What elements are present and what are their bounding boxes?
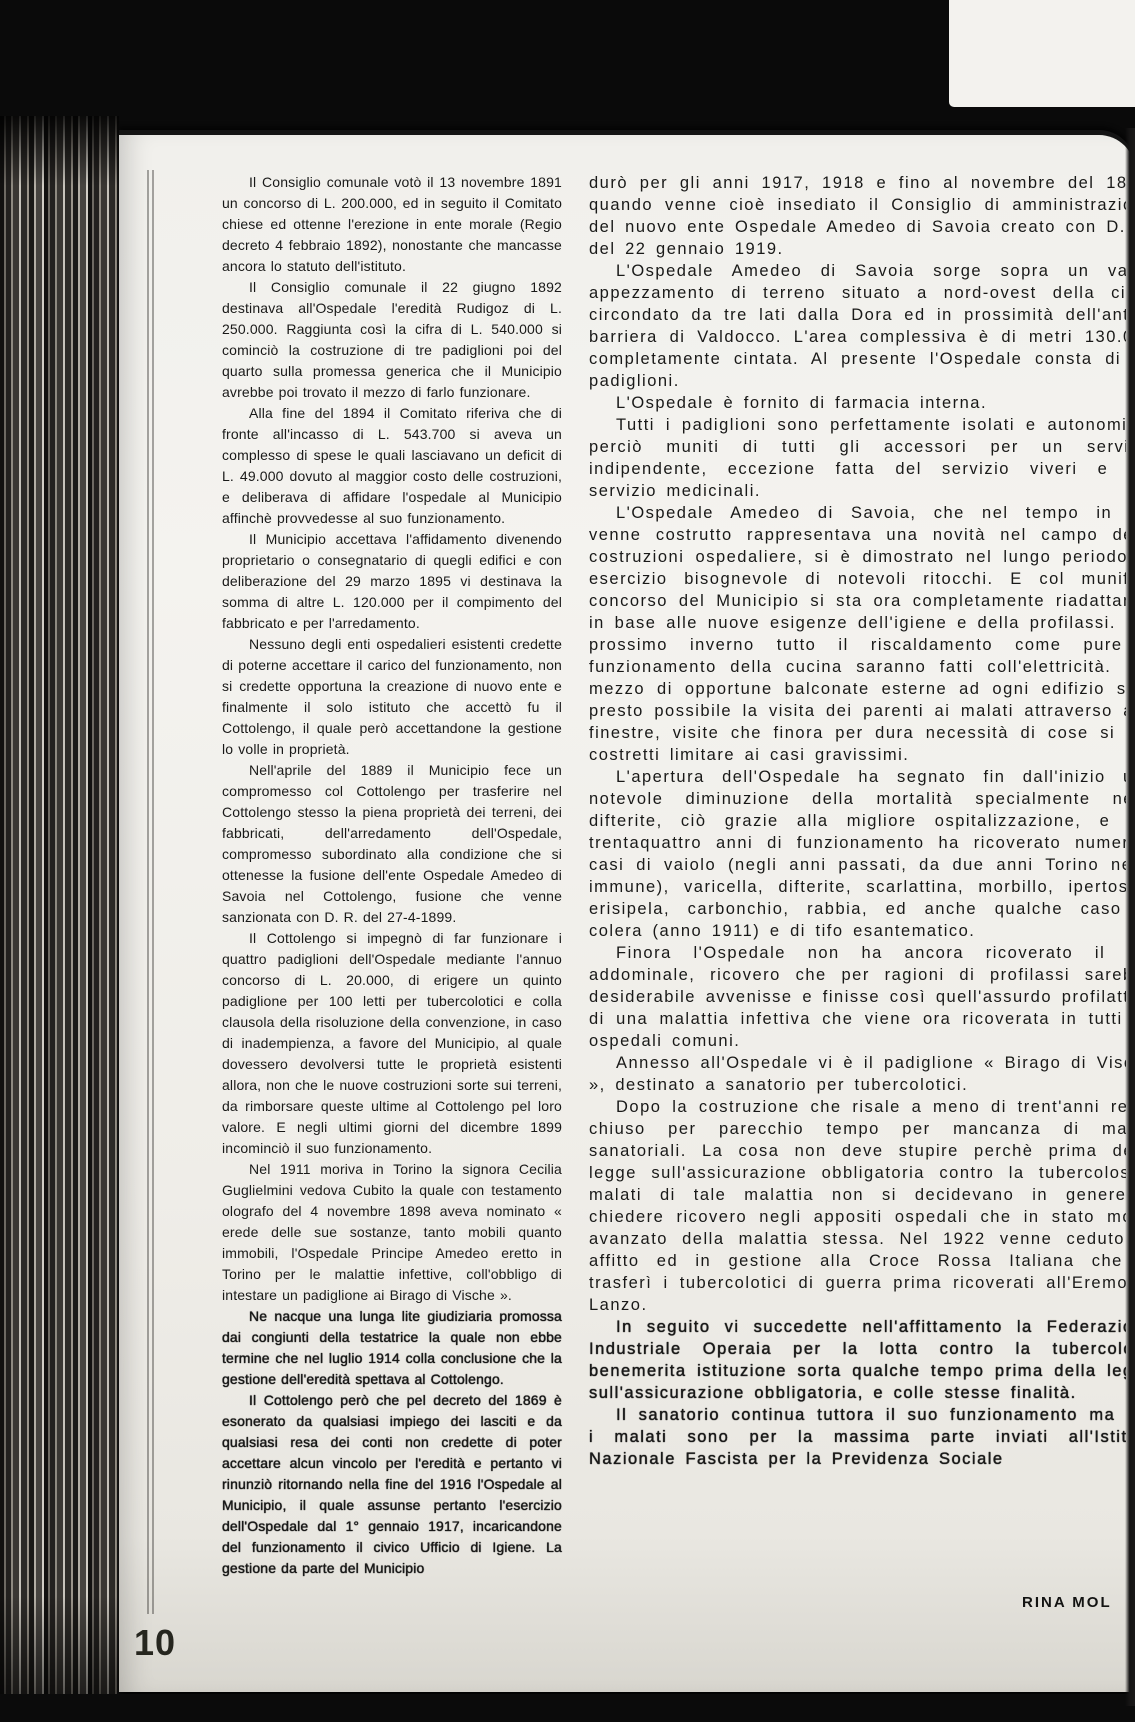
paragraph: durò per gli anni 1917, 1918 e fino al n… — [589, 172, 1126, 260]
book-page-stack-shadow — [0, 116, 119, 1702]
paragraph: Finora l'Ospedale non ha ancora ricovera… — [589, 942, 1126, 1052]
paragraph: In seguito vi succedette nell'affittamen… — [589, 1316, 1126, 1404]
paragraph: Il Cottolengo si impegnò di far funziona… — [222, 928, 562, 1159]
paragraph: Annesso all'Ospedale vi è il padiglione … — [589, 1052, 1126, 1096]
paragraph: L'Ospedale Amedeo di Savoia sorge sopra … — [589, 260, 1126, 392]
paragraph: Il Municipio accettava l'affidamento div… — [222, 529, 562, 634]
text-column-right: durò per gli anni 1917, 1918 e fino al n… — [589, 172, 1126, 1470]
text-column-left: Il Consiglio comunale votò il 13 novembr… — [222, 172, 562, 1579]
page-crease-line — [147, 170, 155, 1614]
paragraph: Nessuno degli enti ospedalieri esistenti… — [222, 634, 562, 760]
paragraph: Il Consiglio comunale il 22 giugno 1892 … — [222, 277, 562, 403]
author-signature: RINA MOL — [1022, 1594, 1135, 1616]
paragraph: Il Consiglio comunale votò il 13 novembr… — [222, 172, 562, 277]
paragraph: L'Ospedale è fornito di farmacia interna… — [589, 392, 1126, 414]
paragraph: L'apertura dell'Ospedale ha segnato fin … — [589, 766, 1126, 942]
scanned-book-page-photo: Il Consiglio comunale votò il 13 novembr… — [0, 0, 1135, 1722]
scan-background-bottom — [0, 1694, 1135, 1722]
page-number: 10 — [134, 1622, 176, 1664]
paragraph: Nel 1911 moriva in Torino la signora Cec… — [222, 1159, 562, 1306]
paragraph: Tutti i padiglioni sono perfettamente is… — [589, 414, 1126, 502]
paragraph: L'Ospedale Amedeo di Savoia, che nel tem… — [589, 502, 1126, 766]
scan-right-edge-strip — [1125, 128, 1135, 1706]
text-column-right-clip: durò per gli anni 1917, 1918 e fino al n… — [589, 172, 1126, 1614]
paragraph: Dopo la costruzione che risale a meno di… — [589, 1096, 1126, 1316]
paragraph: Ne nacque una lunga lite giudiziaria pro… — [222, 1306, 562, 1390]
background-sheet-corner — [949, 0, 1135, 107]
paragraph: Alla fine del 1894 il Comitato riferiva … — [222, 403, 562, 529]
paragraph: Il Cottolengo però che pel decreto del 1… — [222, 1390, 562, 1579]
paragraph: Il sanatorio continua tuttora il suo fun… — [589, 1404, 1126, 1470]
paragraph: Nell'aprile del 1889 il Municipio fece u… — [222, 760, 562, 928]
